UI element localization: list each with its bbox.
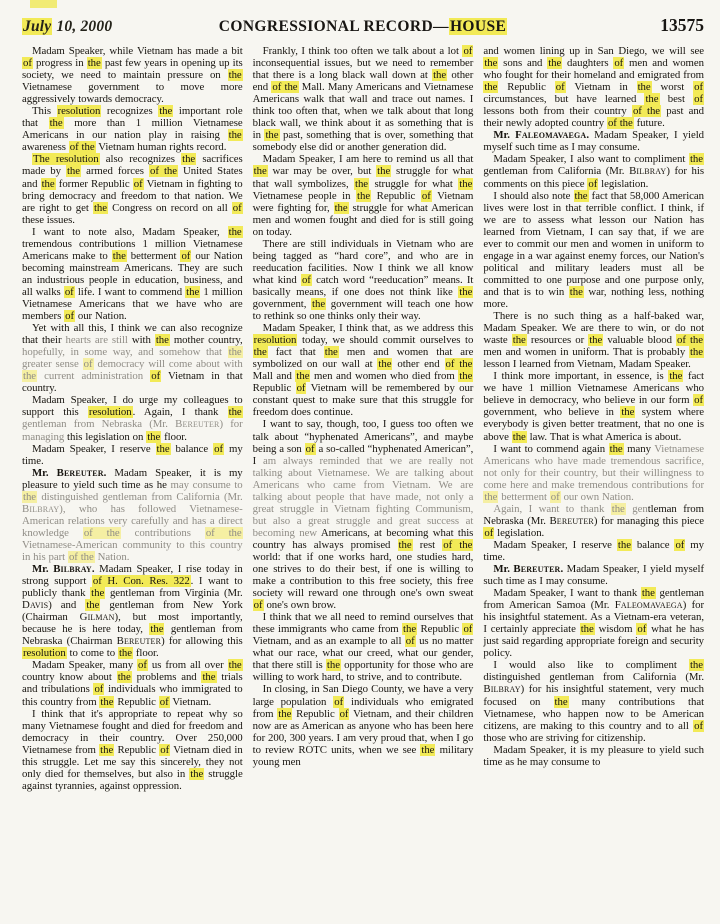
paragraph: Madam Speaker, many of us from all over … xyxy=(22,659,243,707)
highlight-artifact xyxy=(30,0,57,8)
column-3: and women lining up in San Diego, we wil… xyxy=(483,45,704,792)
page-header: July 10, 2000 CONGRESSIONAL RECORD—HOUSE… xyxy=(22,15,704,36)
paragraph: Yet with all this, I think we can also r… xyxy=(22,322,243,394)
paragraph: Madam Speaker, I am here to remind us al… xyxy=(253,153,474,237)
paragraph: In closing, in San Diego County, we have… xyxy=(253,683,474,767)
paragraph: I think more important, in essence, is t… xyxy=(483,370,704,442)
paragraph: I want to commend again the many Vietnam… xyxy=(483,443,704,503)
paragraph: I want to note also, Madam Speaker, the … xyxy=(22,226,243,322)
paragraph: Frankly, I think too often we talk about… xyxy=(253,45,474,153)
article-body: Madam Speaker, while Vietnam has made a … xyxy=(22,45,704,792)
paragraph: Mr. Bereuter. Madam Speaker, I yield mys… xyxy=(483,563,704,587)
paragraph: Madam Speaker, I reserve the balance of … xyxy=(483,539,704,563)
paragraph: Madam Speaker, I also want to compliment… xyxy=(483,153,704,189)
paragraph: Mr. Faleomavaega. Madam Speaker, I yield… xyxy=(483,129,704,153)
paragraph: The resolution also recognizes the sacri… xyxy=(22,153,243,225)
congressional-record-page: July 10, 2000 CONGRESSIONAL RECORD—HOUSE… xyxy=(0,0,720,924)
paragraph: Madam Speaker, I think that, as we addre… xyxy=(253,322,474,418)
paragraph: I would also like to compliment the dist… xyxy=(483,659,704,743)
column-1: Madam Speaker, while Vietnam has made a … xyxy=(22,45,243,792)
paragraph: Mr. Bilbray. Madam Speaker, I rise today… xyxy=(22,563,243,659)
paragraph: I want to say, though, too, I guess too … xyxy=(253,418,474,611)
page-number: 13575 xyxy=(534,15,704,36)
issue-date: July 10, 2000 xyxy=(22,18,192,36)
paragraph: Madam Speaker, I reserve the balance of … xyxy=(22,443,243,467)
paragraph: There are still individuals in Vietnam w… xyxy=(253,238,474,322)
paragraph: I think that it's appropriate to repeat … xyxy=(22,708,243,792)
paragraph: Again, I want to thank the gentleman fro… xyxy=(483,503,704,539)
paragraph: Madam Speaker, I want to thank the gentl… xyxy=(483,587,704,659)
publication-title: CONGRESSIONAL RECORD—HOUSE xyxy=(192,18,534,36)
paragraph: Madam Speaker, while Vietnam has made a … xyxy=(22,45,243,105)
paragraph: I should also note the fact that 58,000 … xyxy=(483,190,704,310)
paragraph: Mr. Bereuter. Madam Speaker, it is my pl… xyxy=(22,467,243,563)
column-2: Frankly, I think too often we talk about… xyxy=(253,45,474,792)
paragraph: I think that we all need to remind ourse… xyxy=(253,611,474,683)
paragraph: There is no such thing as a half-baked w… xyxy=(483,310,704,370)
paragraph: Madam Speaker, it is my pleasure to yiel… xyxy=(483,744,704,768)
paragraph: Madam Speaker, I do urge my colleagues t… xyxy=(22,394,243,442)
paragraph: This resolution recognizes the important… xyxy=(22,105,243,153)
paragraph: and women lining up in San Diego, we wil… xyxy=(483,45,704,129)
